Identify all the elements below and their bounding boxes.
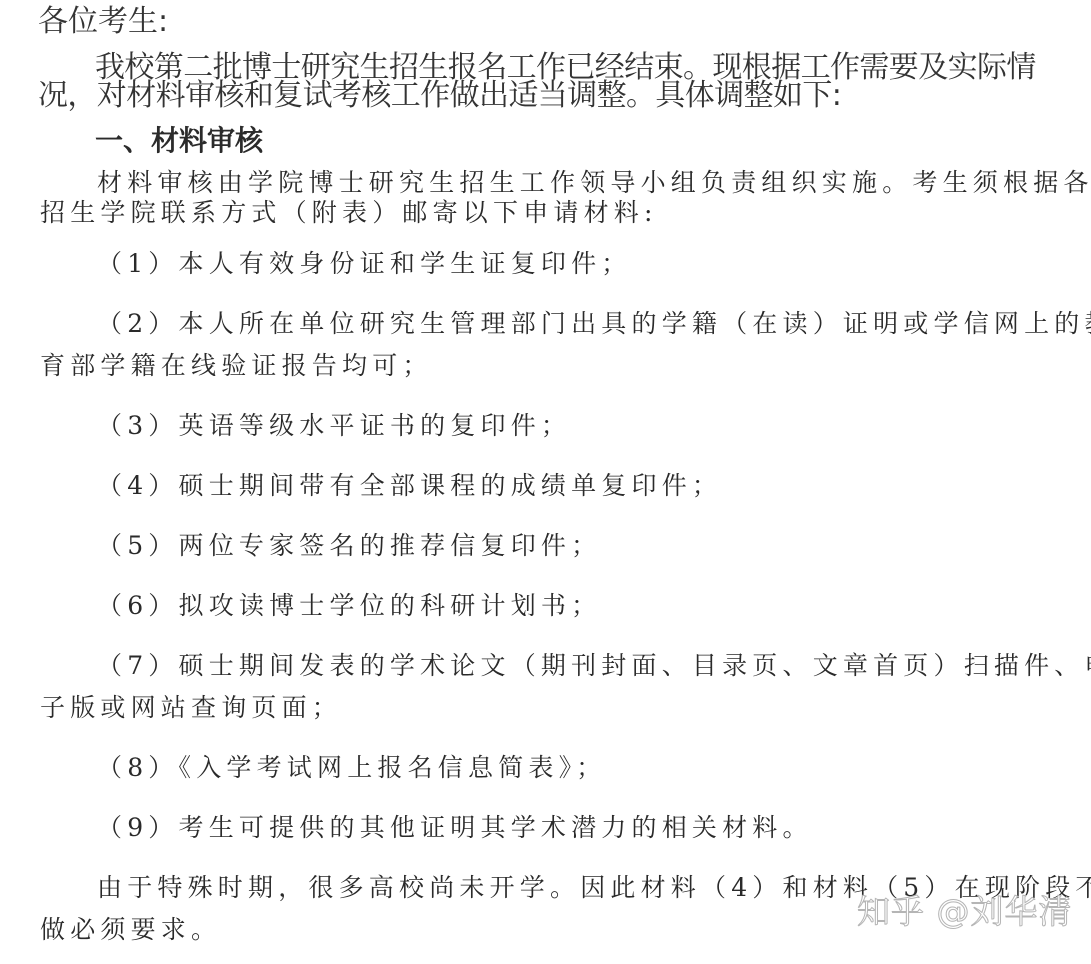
list-item-8: （8）《入学考试网上报名信息简表》； [97, 752, 607, 784]
list-item-5: （5）两位专家签名的推荐信复印件； [97, 530, 601, 562]
section-heading: 一、材料审核 [95, 122, 263, 160]
zhihu-watermark: 知乎 @刘华清 [857, 890, 1073, 934]
list-item-1: （1）本人有效身份证和学生证复印件； [97, 248, 632, 280]
intro-paragraph-line-2: 况，对材料审核和复试考核工作做出适当调整。具体调整如下: [38, 79, 841, 113]
list-item-9: （9）考生可提供的其他证明其学术潜力的相关材料。 [97, 812, 813, 844]
list-item-7: （7）硕士期间发表的学术论文（期刊封面、目录页、文章首页）扫描件、电 [97, 650, 1091, 682]
list-item-3: （3）英语等级水平证书的复印件； [97, 410, 571, 442]
list-item-6: （6）拟攻读博士学位的科研计划书； [97, 590, 601, 622]
greeting: 各位考生: [38, 2, 168, 42]
list-item-7-continued: 子版或网站查询页面； [40, 692, 342, 724]
list-item-2-continued: 育部学籍在线验证报告均可； [40, 350, 433, 382]
closing-paragraph-line-2: 做必须要求。 [40, 914, 221, 946]
list-item-4: （4）硕士期间带有全部课程的成绩单复印件； [97, 470, 722, 502]
section-intro-line-2: 招生学院联系方式（附表）邮寄以下申请材料: [40, 197, 658, 229]
section-intro-line-1: 材料审核由学院博士研究生招生工作领导小组负责组织实施。考生须根据各 [97, 167, 1091, 199]
list-item-2: （2）本人所在单位研究生管理部门出具的学籍（在读）证明或学信网上的教 [97, 308, 1091, 340]
